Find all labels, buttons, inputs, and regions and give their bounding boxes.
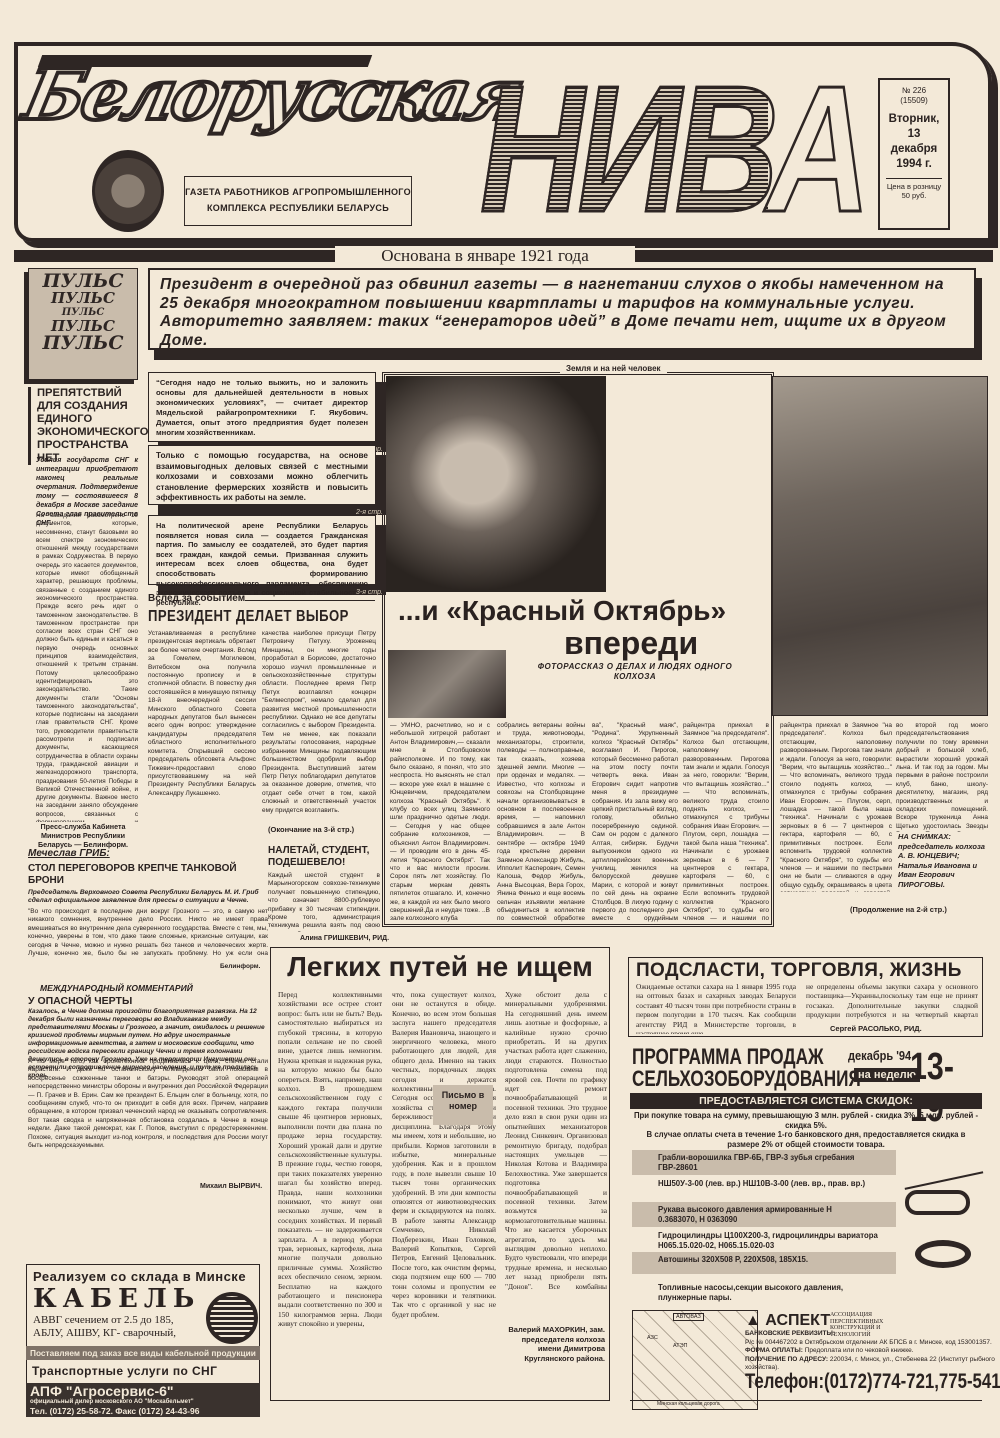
product-item: НШ50У-3-00 (лев. вр.) НШ10В-3-00 (лев. в… (632, 1176, 896, 1192)
puls-word: ПУЛЬС (29, 335, 137, 352)
teaser-box[interactable]: На политической арене Республики Беларус… (148, 515, 376, 585)
company-name: ▲ АСПЕКТ (745, 1312, 830, 1330)
ad-phones: Тел. (0172) 25-58-72. Факс (0172) 24-43-… (30, 1406, 256, 1416)
ad-company: АПФ "Агросервис-6" (30, 1384, 256, 1398)
speaker-name: Мечеслав ГРИБ: (28, 848, 110, 859)
logo-niva-title: НИВА (480, 62, 768, 237)
article-title: ...и «Красный Октябрь» (398, 595, 758, 627)
ad-line: Реализуем со склада в Минске (27, 1265, 259, 1284)
section-label: Вслед за событием (148, 593, 245, 604)
article-column: ва", "Красный маяк", "Родина". Укрупненн… (592, 722, 678, 922)
ad-phone: Телефон:(0172)774-721,775-541 (745, 1370, 1000, 1394)
article-column: что, пока существует колхоз, они не оста… (392, 990, 496, 1398)
teaser-box[interactable]: Только с помощью государства, на основе … (148, 445, 376, 505)
founded-line: Основана в январе 1921 года (335, 246, 635, 266)
photo-couple (772, 376, 988, 716)
article-column: собрались ветераны войны и труда, животн… (497, 722, 585, 922)
divider-bar (14, 250, 339, 262)
photo-caption: НА СНИМКАХ: председатель колхоза А. В. Ю… (898, 832, 992, 889)
puls-word: ПУЛЬС (29, 273, 137, 290)
teaser-box[interactable]: “Сегодня надо не только выжить, но и зал… (148, 372, 376, 442)
product-item: Гидроцилиндры Ц100Х200-3, гидроцилиндры … (632, 1228, 912, 1253)
company-logo-icon (206, 1292, 258, 1344)
section-badge: Письмо в номер (433, 1085, 493, 1125)
article-title: У ОПАСНОЙ ЧЕРТЫ (28, 995, 132, 1007)
month: декабря (880, 142, 948, 157)
puls-box: ПУЛЬС ПУЛЬС ПУЛЬС ПУЛЬС ПУЛЬС (28, 268, 138, 380)
price-label: Цена в розницу50 руб. (886, 178, 942, 200)
article-column: Хуже обстоит дела с минеральными удобрен… (505, 990, 607, 1290)
ad-strip: Поставляем под заказ все виды кабельной … (26, 1346, 260, 1360)
product-item: Автошины 320Х508 Р, 220Х508, 185Х15. (632, 1252, 896, 1274)
map-label: Минская кольцевая дорога (657, 1401, 720, 1407)
photo-portrait (386, 376, 606, 592)
continued-label: (Окончание на 3-й стр.) (268, 825, 354, 834)
aspekt-logo-icon: ▲ (745, 1312, 761, 1329)
article-source: Белинформ. (220, 963, 260, 970)
article-title: ПРЕЗИДЕНТ ДЕЛАЕТ ВЫБОР (148, 608, 337, 626)
hose-icon (905, 1190, 970, 1215)
ad-title: ПРОГРАММА ПРОДАЖСЕЛЬХОЗОБОРУДОВАНИЯ (632, 1046, 861, 1090)
weekday: Вторник, (880, 112, 948, 127)
day: 13 (880, 127, 948, 142)
article-column: Ожидаемые остатки сахара на 1 января 199… (636, 982, 796, 1034)
photo-machinery (388, 650, 506, 718)
article-column: не определены объемы закупки сахара у ос… (806, 982, 978, 1022)
continued-label: (Продолжение на 2-й стр.) (850, 905, 947, 914)
product-item: Топливные насосы,секции высокого давлени… (632, 1280, 896, 1305)
article-title-line2: впереди (564, 625, 698, 661)
article-title: СТОЛ ПЕРЕГОВОРОВ КРЕПЧЕ ТАНКОВОЙ БРОНИ (28, 863, 268, 887)
discount-header: ПРЕДОСТАВЛЯЕТСЯ СИСТЕМА СКИДОК: (630, 1093, 982, 1109)
teaser-text: Только с помощью государства, на основе … (156, 451, 368, 504)
tire-icon (915, 1240, 971, 1268)
ad-month: декабрь '94 (848, 1048, 911, 1063)
year: 1994 г. (880, 157, 948, 172)
bank-details: БАНКОВСКИЕ РЕКВИЗИТЫ: Р/с № 004467202 в … (745, 1330, 995, 1373)
article-title: НАЛЕТАЙ, СТУДЕНТ, ПОДЕШЕВЕЛО! (268, 845, 380, 869)
article-column: — УМНО, расчетливо, но и с небольшой хит… (390, 722, 490, 922)
section-label: Земля и на ней человек (560, 364, 667, 373)
tagline-line1: ГАЗЕТА РАБОТНИКОВ АГРОПРОМЫШЛЕННОГО (185, 185, 411, 201)
article-subtitle: ФОТОРАССКАЗ О ДЕЛАХ И ЛЮДЯХ ОДНОГО КОЛХО… (530, 662, 740, 682)
article-column: Перед коллективными хозяйствами все остр… (278, 990, 382, 1398)
article-body: Каждый шестой студент в Марьиногорском с… (268, 872, 380, 932)
article-column: Устанавливаемая в республике президентск… (148, 630, 256, 840)
article-title: ПОДСЛАСТИ, ТОРГОВЛЯ, ЖИЗНЬ (636, 960, 962, 982)
article-body: "Во что происходит в последние дни вокру… (28, 908, 268, 958)
location-map: АВТОВАЗ АЗС АТЭП Минская кольцевая дорог… (632, 1310, 758, 1410)
map-label: АТЭП (673, 1343, 688, 1349)
article-signature: Сергей РАСОЛЬКО, РИД. (830, 1024, 922, 1033)
article-lead: Председатель Верховного Совета Республик… (28, 889, 268, 905)
article-column: райцентра приехал в Заямное "на председа… (683, 722, 769, 922)
issue-info: № 226 (15509) Вторник, 13 декабря 1994 г… (878, 78, 950, 230)
divider (630, 1400, 982, 1401)
tagline-line2: КОМПЛЕКСА РЕСПУБЛИКИ БЕЛАРУСЬ (207, 201, 389, 217)
article-column: во второй год моего председательствовани… (896, 722, 988, 832)
article-title: Легких путей не ищем (280, 950, 600, 984)
map-label: АЗС (647, 1335, 658, 1341)
divider (245, 600, 375, 601)
issue-number: № 226 (880, 86, 948, 96)
order-emblem-icon (92, 150, 164, 232)
article-title: ПРЕПЯТСТВИЙ ДЛЯ СОЗДАНИЯ ЕДИНОГО ЭКОНОМИ… (28, 387, 140, 465)
product-item: Рукава высокого давления армированные Н … (632, 1202, 896, 1227)
article-body: На заседании рассмотрено 19 документов, … (28, 512, 138, 822)
puls-word: ПУЛЬС (29, 290, 137, 307)
tagline: ГАЗЕТА РАБОТНИКОВ АГРОПРОМЫШЛЕННОГО КОМП… (184, 176, 412, 226)
divider-bar (633, 250, 993, 262)
ad-dealer: официальный дилер московского АО "Москаб… (30, 1398, 256, 1406)
ad-transport: Транспортные услуги по СНГ (32, 1364, 217, 1378)
article-column: райцентра приехал в Заямное "на председа… (780, 722, 892, 892)
logo-script-title: Белорусская (16, 50, 465, 140)
issue-total: (15509) (880, 96, 948, 106)
teaser-text: “Сегодня надо не только выжить, но и зал… (156, 378, 368, 438)
article-signature: Алина ГРИШКЕВИЧ, РИД. (300, 935, 389, 942)
article-signature: Михаил ВЫРВИЧ. (200, 1183, 262, 1190)
map-label: АВТОВАЗ (673, 1313, 704, 1321)
article-signature: Пресс-служба Кабинета Министров Республи… (28, 822, 138, 849)
article-body: А по мере того, как бронетехника продвиг… (28, 1058, 268, 1180)
section-label: МЕЖДУНАРОДНЫЙ КОММЕНТАРИЙ (40, 983, 193, 993)
product-item: Грабли-ворошилка ГВР-6Б, ГВР-3 зубья сгр… (632, 1150, 896, 1175)
page-ref: 3-я стр. (356, 588, 383, 598)
ad-company-block: АПФ "Агросервис-6" официальный дилер мос… (26, 1383, 260, 1417)
article-column: качества наиболее присущи Петру Петрович… (262, 630, 376, 830)
lead-announcement: Президент в очередной раз обвинил газеты… (148, 268, 976, 350)
article-signature: Валерий МАХОРКИН, зам. председателя колх… (505, 1325, 605, 1363)
